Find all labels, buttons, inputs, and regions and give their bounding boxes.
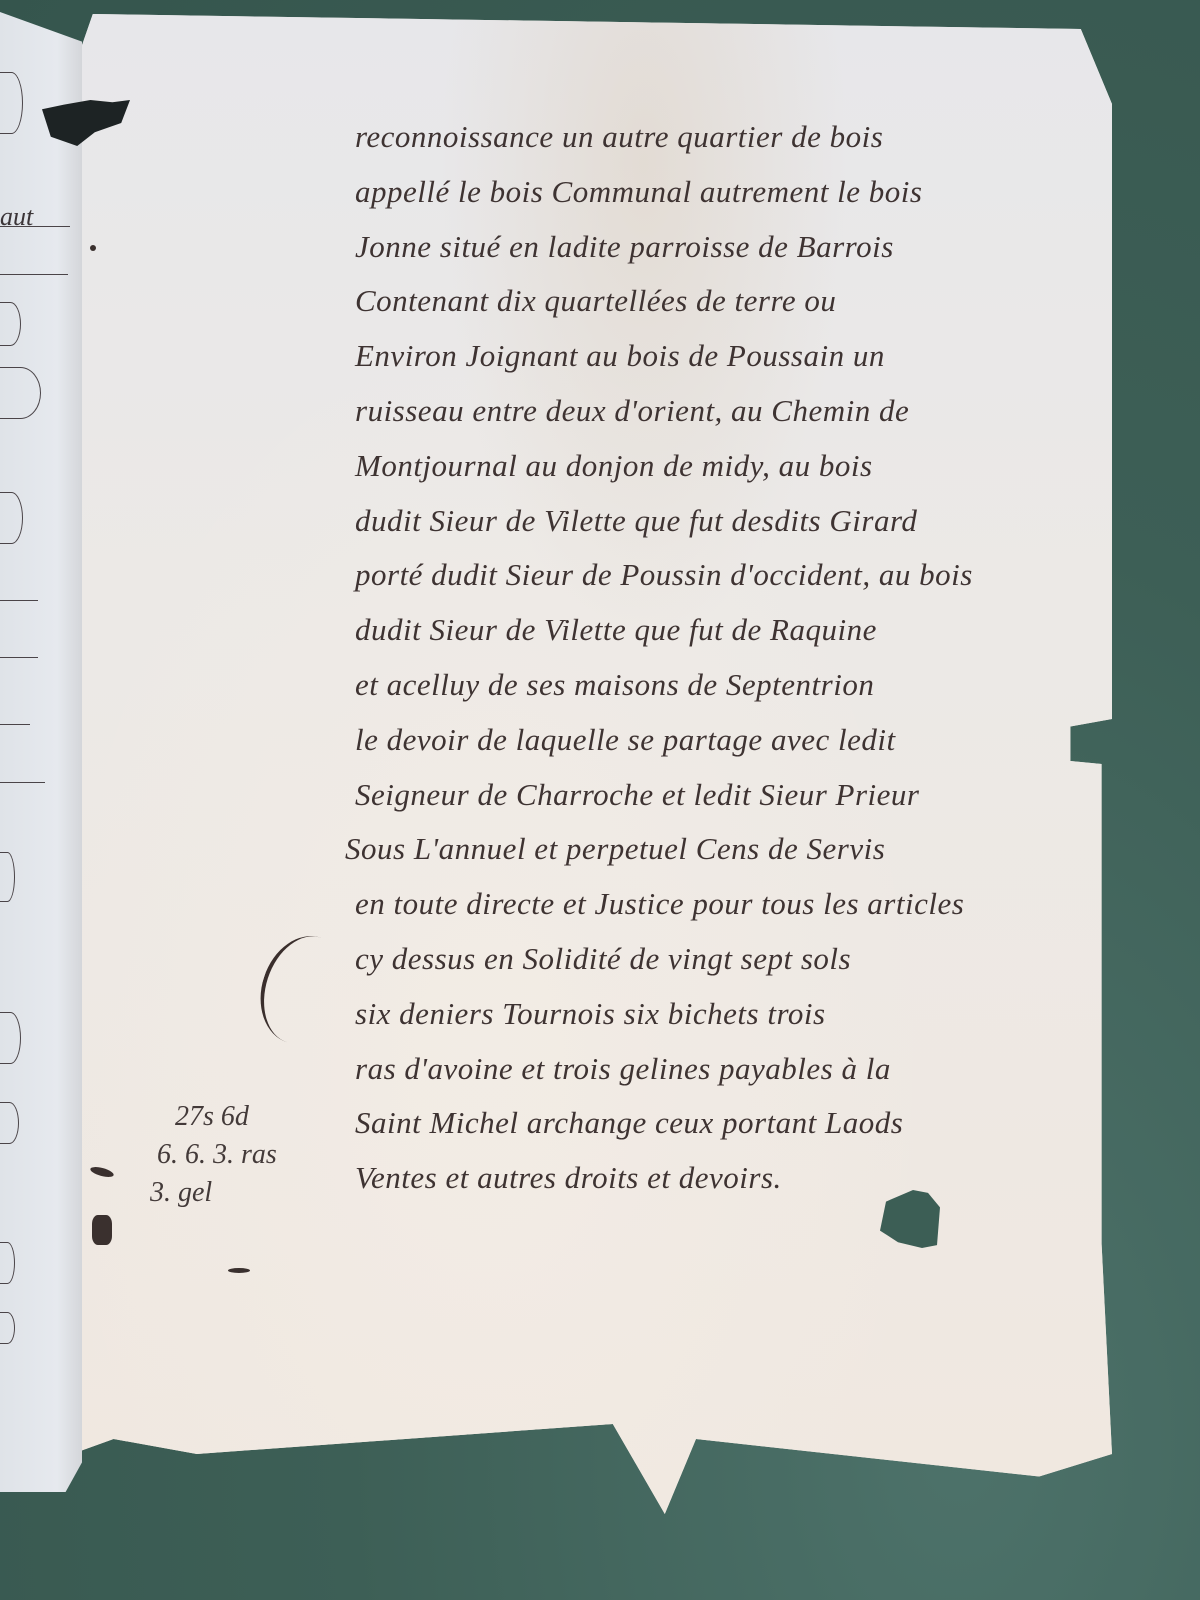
- left-page-flourish: [0, 1312, 15, 1344]
- left-page-flourish: [0, 1102, 19, 1144]
- text-line: ras d'avoine et trois gelines payables à…: [355, 1042, 1115, 1097]
- margin-annotation: 27s 6d 6. 6. 3. ras 3. gel: [165, 1098, 277, 1212]
- text-line: Environ Joignant au bois de Poussain un: [355, 329, 1115, 384]
- left-page-ink-stroke: [0, 274, 68, 275]
- text-line: porté dudit Sieur de Poussin d'occident,…: [355, 548, 1115, 603]
- left-page-ink-stroke: [0, 600, 38, 601]
- left-page-ink-stroke: [0, 782, 45, 783]
- left-page-flourish: [0, 1242, 15, 1284]
- text-line: Ventes et autres droits et devoirs.: [355, 1151, 1115, 1206]
- text-line: le devoir de laquelle se partage avec le…: [355, 713, 1115, 768]
- left-page-flourish: [0, 492, 23, 544]
- text-line: Seigneur de Charroche et ledit Sieur Pri…: [355, 768, 1115, 823]
- text-line: Montjournal au donjon de midy, au bois: [355, 439, 1115, 494]
- ink-mark: [92, 1215, 112, 1245]
- text-line: ruisseau entre deux d'orient, au Chemin …: [355, 384, 1115, 439]
- text-line: cy dessus en Solidité de vingt sept sols: [355, 932, 1115, 987]
- text-line: appellé le bois Communal autrement le bo…: [355, 165, 1115, 220]
- margin-note-line: 3. gel: [150, 1174, 277, 1212]
- left-page-word-fragment: aut: [0, 202, 33, 232]
- left-page-flourish: [0, 1012, 21, 1064]
- ink-mark: [90, 245, 96, 251]
- left-page-ink-stroke: [0, 657, 38, 658]
- text-line: Contenant dix quartellées de terre ou: [355, 274, 1115, 329]
- left-page-flourish: [0, 367, 41, 419]
- text-line: et acelluy de ses maisons de Septentrion: [355, 658, 1115, 713]
- margin-note-line: 27s 6d: [175, 1098, 277, 1136]
- text-line: en toute directe et Justice pour tous le…: [355, 877, 1115, 932]
- left-page-flourish: [0, 72, 23, 134]
- text-line: six deniers Tournois six bichets trois: [355, 987, 1115, 1042]
- text-line: reconnoissance un autre quartier de bois: [355, 110, 1115, 165]
- left-page-flourish: [0, 302, 21, 346]
- text-line: Jonne situé en ladite parroisse de Barro…: [355, 220, 1115, 275]
- adjacent-left-page: aut: [0, 12, 82, 1492]
- text-line: dudit Sieur de Vilette que fut de Raquin…: [355, 603, 1115, 658]
- left-page-ink-stroke: [0, 724, 30, 725]
- ink-mark: [228, 1268, 250, 1273]
- text-line-sous: Sous L'annuel et perpetuel Cens de Servi…: [345, 822, 1115, 877]
- left-page-ink-stroke: [0, 226, 70, 227]
- left-page-flourish: [0, 852, 15, 902]
- text-line: Saint Michel archange ceux portant Laods: [355, 1096, 1115, 1151]
- margin-note-line: 6. 6. 3. ras: [157, 1136, 277, 1174]
- manuscript-text: reconnoissance un autre quartier de bois…: [355, 110, 1115, 1206]
- text-line: dudit Sieur de Vilette que fut desdits G…: [355, 494, 1115, 549]
